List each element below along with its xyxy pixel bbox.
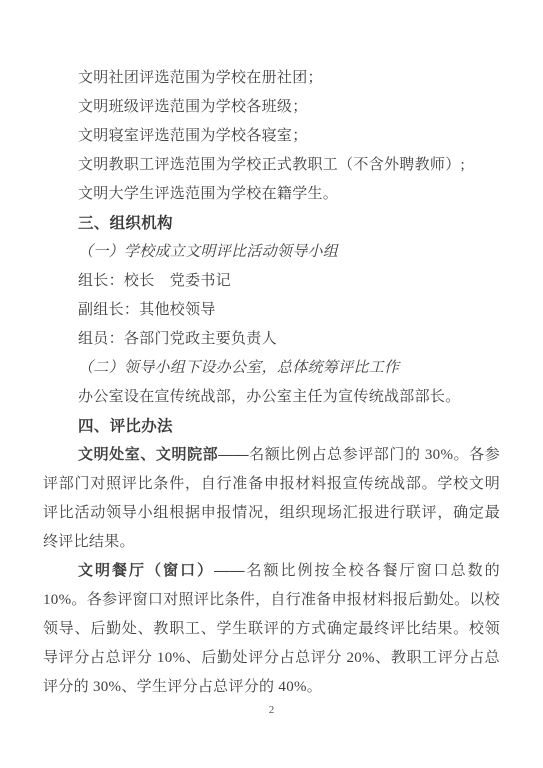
text-run: 四、评比办法: [78, 418, 173, 435]
section-heading: 三、组织机构: [43, 209, 500, 238]
paragraph: 文明大学生评选范围为学校在籍学生。: [43, 180, 500, 209]
text-run: 文明教职工评选范围为学校正式教职工（不含外聘教师）;: [78, 157, 465, 173]
paragraph: （二）领导小组下设办公室，总体统筹评比工作: [43, 354, 500, 383]
paragraph: 组长：校长 党委书记: [43, 267, 500, 296]
text-run: 三、组织机构: [78, 215, 173, 232]
paragraph: 文明处室、文明院部——名额比例占总参评部门的 30%。各参评部门对照评比条件，自…: [43, 441, 500, 557]
paragraph: 文明寝室评选范围为学校各寝室；: [43, 122, 500, 151]
section-heading: 四、评比办法: [43, 412, 500, 441]
paragraph: 组员：各部门党政主要负责人: [43, 325, 500, 354]
bold-text-run: 文明餐厅（窗口）——: [78, 563, 245, 579]
paragraph: （一）学校成立文明评比活动领导小组: [43, 238, 500, 267]
text-run: 文明寝室评选范围为学校各寝室；: [78, 128, 308, 144]
text-run: 组长：校长 党委书记: [78, 273, 231, 289]
text-run: 文明大学生评选范围为学校在籍学生。: [78, 186, 338, 202]
paragraph: 办公室设在宣传统战部，办公室主任为宣传统战部部长。: [43, 383, 500, 412]
paragraph: 文明社团评选范围为学校在册社团；: [43, 64, 500, 93]
paragraph: 文明班级评选范围为学校各班级；: [43, 93, 500, 122]
document-page: 文明社团评选范围为学校在册社团；文明班级评选范围为学校各班级；文明寝室评选范围为…: [0, 0, 543, 768]
text-run: 组员：各部门党政主要负责人: [78, 331, 277, 347]
text-run: （二）领导小组下设办公室，总体统筹评比工作: [78, 360, 399, 376]
bold-text-run: 文明处室、文明院部——: [78, 447, 249, 463]
text-run: 文明社团评选范围为学校在册社团；: [78, 70, 323, 86]
text-run: 名额比例按全校各餐厅窗口总数的 10%。各参评窗口对照评比条件，自行准备申报材料…: [43, 563, 504, 695]
paragraph: 副组长：其他校领导: [43, 296, 500, 325]
text-run: 副组长：其他校领导: [78, 302, 216, 318]
text-run: 文明班级评选范围为学校各班级；: [78, 99, 308, 115]
paragraph: 文明餐厅（窗口）——名额比例按全校各餐厅窗口总数的 10%。各参评窗口对照评比条…: [43, 557, 500, 702]
page-number: 2: [0, 704, 543, 716]
paragraph: 文明教职工评选范围为学校正式教职工（不含外聘教师）;: [43, 151, 500, 180]
text-run: 办公室设在宣传统战部，办公室主任为宣传统战部部长。: [78, 389, 461, 405]
document-body: 文明社团评选范围为学校在册社团；文明班级评选范围为学校各班级；文明寝室评选范围为…: [43, 64, 500, 702]
text-run: （一）学校成立文明评比活动领导小组: [78, 244, 338, 260]
